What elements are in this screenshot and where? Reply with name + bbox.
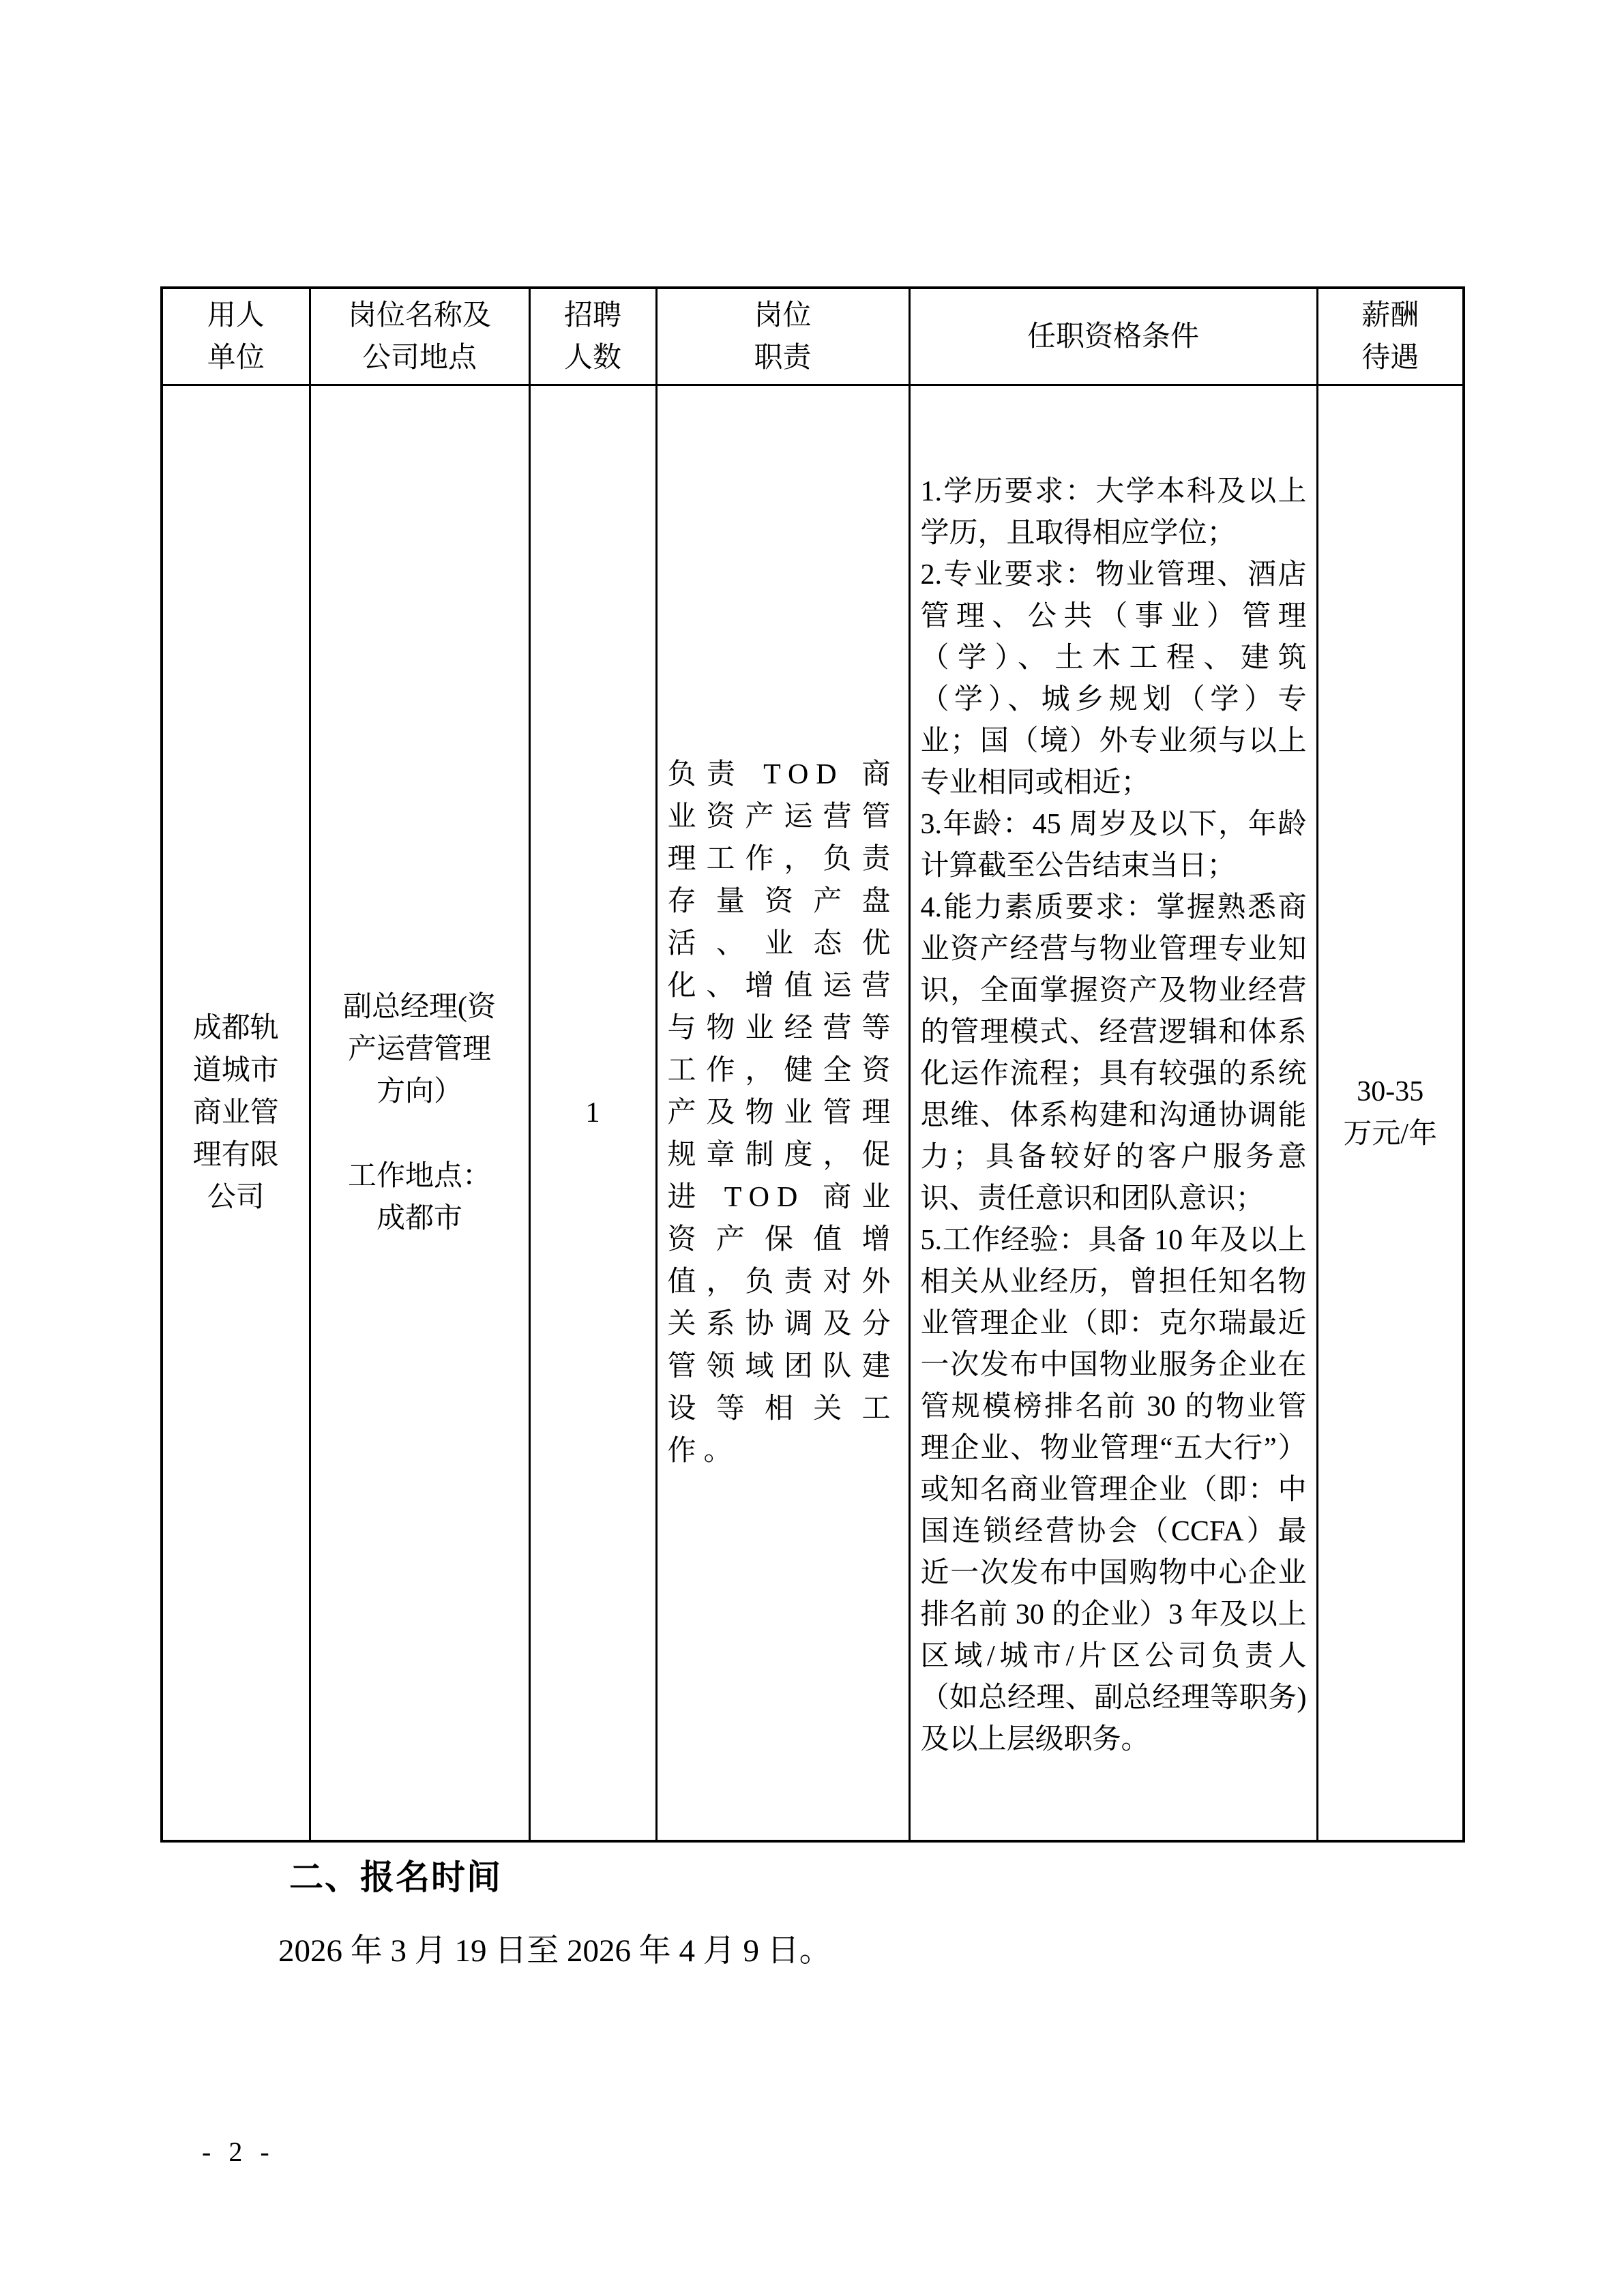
page-number: - 2 - (202, 2136, 275, 2168)
section-heading-signup-time: 二、报名时间 (289, 1856, 502, 1898)
qualification-item-age: 3.年龄：45 周岁及以下，年龄计算截至公告结束当日； (921, 804, 1307, 887)
cell-salary: 30-35 万元/年 (1317, 385, 1464, 1842)
header-qualifications: 任职资格条件 (909, 288, 1317, 385)
header-employer: 用人 单位 (162, 288, 310, 385)
duties-text: 负责 TOD 商业资产运营管理工作，负责存量资产盘活、业态优化、增值运营与物业经… (668, 754, 898, 1472)
cell-position-location: 副总经理(资 产运营管理 方向） 工作地点： 成都市 (310, 385, 529, 1842)
header-duties: 岗位 职责 (656, 288, 909, 385)
qualification-item-experience: 5.工作经验：具备 10 年及以上相关从业经历，曾担任知名物业管理企业（即：克尔… (921, 1220, 1307, 1761)
cell-headcount: 1 (529, 385, 656, 1842)
cell-employer: 成都轨 道城市 商业管 理有限 公司 (162, 385, 310, 1842)
qualification-item-education: 1.学历要求：大学本科及以上学历，且取得相应学位； (921, 471, 1307, 554)
document-page: 用人 单位 岗位名称及 公司地点 招聘 人数 岗位 职责 任职资格条件 薪酬 待… (0, 0, 1624, 2296)
table-row: 成都轨 道城市 商业管 理有限 公司 副总经理(资 产运营管理 方向） 工作地点… (162, 385, 1464, 1842)
qualification-item-major: 2.专业要求：物业管理、酒店管理、公共（事业）管理（学）、土木工程、建筑（学）、… (921, 554, 1307, 804)
cell-duties: 负责 TOD 商业资产运营管理工作，负责存量资产盘活、业态优化、增值运营与物业经… (656, 385, 909, 1842)
signup-date-range: 2026 年 3 月 19 日至 2026 年 4 月 9 日。 (278, 1930, 831, 1972)
qualification-item-ability: 4.能力素质要求：掌握熟悉商业资产经营与物业管理专业知识，全面掌握资产及物业经营… (921, 887, 1307, 1220)
header-position-location: 岗位名称及 公司地点 (310, 288, 529, 385)
header-headcount: 招聘 人数 (529, 288, 656, 385)
header-salary: 薪酬 待遇 (1317, 288, 1464, 385)
recruitment-table: 用人 单位 岗位名称及 公司地点 招聘 人数 岗位 职责 任职资格条件 薪酬 待… (160, 286, 1465, 1843)
table-header-row: 用人 单位 岗位名称及 公司地点 招聘 人数 岗位 职责 任职资格条件 薪酬 待… (162, 288, 1464, 385)
cell-qualifications: 1.学历要求：大学本科及以上学历，且取得相应学位； 2.专业要求：物业管理、酒店… (909, 385, 1317, 1842)
